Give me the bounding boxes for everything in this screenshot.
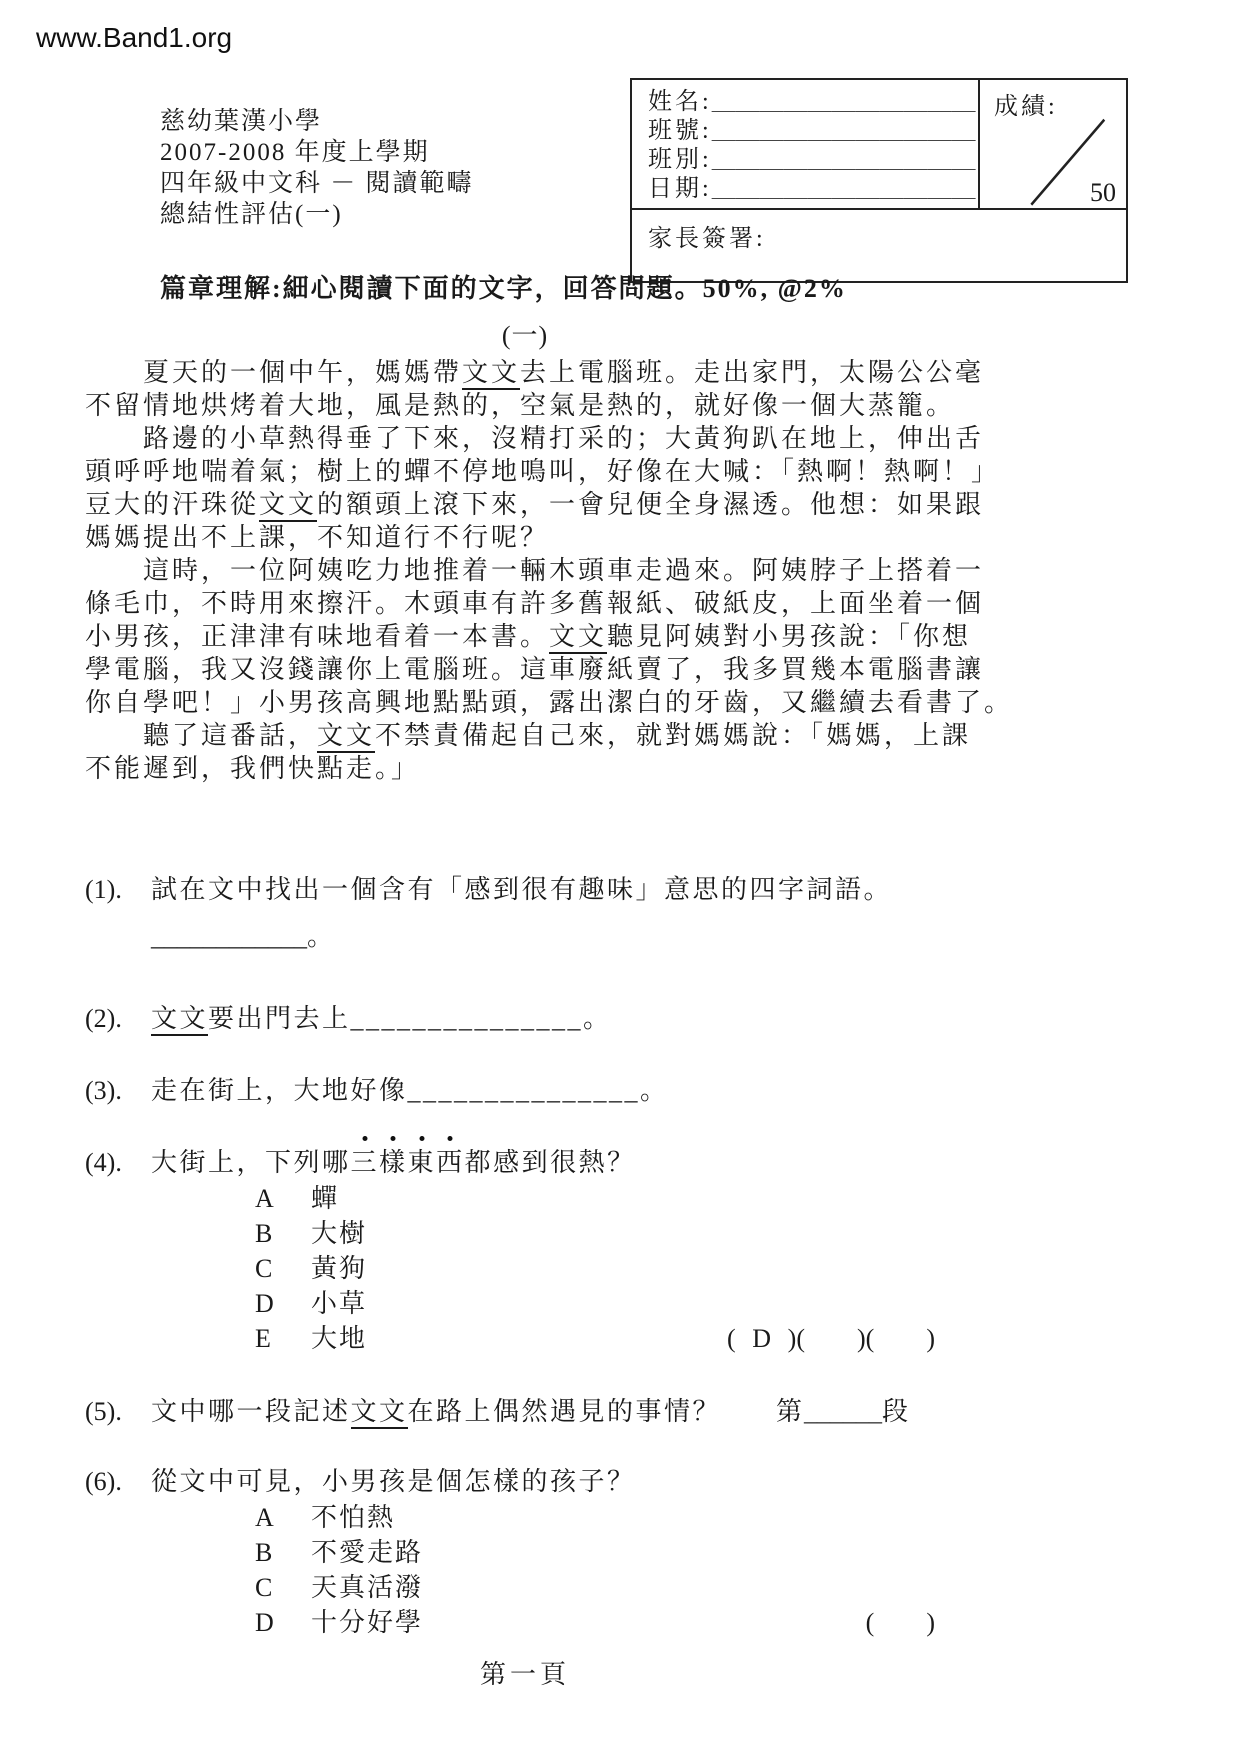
option-text: 黃狗: [311, 1251, 367, 1286]
bracket-answer: [805, 1321, 857, 1356]
passage-line: 不能遲到，我們快點走。」: [85, 752, 965, 785]
underlined-name: 文文: [462, 358, 520, 390]
question-text: 走在街上，大地好像_______________。: [151, 1070, 669, 1107]
option-text: 小草: [311, 1286, 367, 1321]
question-number: (2).: [85, 1004, 151, 1034]
emphasized-char: 三: [351, 1142, 380, 1179]
passage-line: 夏天的一個中午，媽媽帶文文去上電腦班。走出家門，太陽公公毫: [85, 356, 965, 389]
class-number-label: 班號:: [648, 118, 712, 144]
underlined-name: 文文: [259, 490, 317, 522]
exam-content: 篇章理解:細心閱讀下面的文字，回答問題。50%, @2% (一) 夏天的一個中午…: [85, 268, 965, 1691]
score-total: 50: [1090, 178, 1116, 208]
answer-brackets: (): [866, 1605, 935, 1640]
option-D: D小草: [255, 1286, 965, 1321]
emphasized-char: 西: [436, 1142, 465, 1179]
date-field: 日期:＿＿＿＿＿＿＿＿＿＿＿: [648, 175, 978, 204]
assessment-line: 總結性評估(一): [160, 199, 474, 230]
question-text: 從文中可見，小男孩是個怎樣的孩子？: [151, 1461, 636, 1498]
bracket-answer: [874, 1605, 926, 1640]
question-1-answer-line: ____________。: [151, 920, 965, 953]
option-letter: D: [255, 1286, 311, 1321]
question-4-options: A蟬B大樹C黃狗D小草E大地(D)()(): [255, 1181, 965, 1356]
passage-line: 豆大的汗珠從文文的額頭上滾下來，一會兒便全身濕透。他想：如果跟: [85, 488, 965, 521]
name-field: 姓名:＿＿＿＿＿＿＿＿＿＿＿: [648, 88, 978, 117]
question-number: (4).: [85, 1148, 151, 1178]
answer-brackets: (D)()(): [727, 1321, 935, 1356]
option-letter: B: [255, 1216, 311, 1251]
underlined-name: 文文: [317, 721, 375, 753]
passage-line: 路邊的小草熱得垂了下來，沒精打采的；大黃狗趴在地上，伸出舌: [85, 422, 965, 455]
watermark: www.Band1.org: [36, 22, 232, 54]
question-1: (1). 試在文中找出一個含有「感到很有趣味」意思的四字詞語。: [85, 869, 965, 906]
option-text: 天真活潑: [311, 1570, 423, 1605]
date-label: 日期:: [648, 176, 712, 202]
name-label: 姓名:: [648, 89, 712, 115]
info-box-top: 姓名:＿＿＿＿＿＿＿＿＿＿＿ 班號:＿＿＿＿＿＿＿＿＿＿＿ 班別:＿＿＿＿＿＿＿…: [632, 80, 1126, 210]
passage-line: 學電腦，我又沒錢讓你上電腦班。這車廢紙賣了，我多買幾本電腦書讓: [85, 653, 965, 686]
answer-bracket: (): [866, 1605, 935, 1640]
question-text: 文文要出門去上_______________。: [151, 998, 612, 1035]
underlined-name: 文文: [549, 622, 607, 654]
class-blank-line: ＿＿＿＿＿＿＿＿＿＿＿: [712, 147, 976, 173]
school-name: 慈幼葉漢小學: [160, 106, 474, 137]
question-number: (5).: [85, 1397, 151, 1427]
passage-line: 媽媽提出不上課，不知道行不行呢？: [85, 521, 965, 554]
option-text: 不怕熱: [311, 1500, 395, 1535]
question-number: (1).: [85, 875, 151, 905]
question-4: (4). 大街上，下列哪三樣東西都感到很熱？: [85, 1142, 965, 1179]
passage-line: 小男孩，正津津有味地看着一本書。文文聽見阿姨對小男孩說：「你想: [85, 620, 965, 653]
emphasized-char: 東: [408, 1142, 437, 1179]
question-number: (3).: [85, 1076, 151, 1106]
emphasized-char: 樣: [379, 1142, 408, 1179]
option-C: C天真活潑: [255, 1570, 965, 1605]
option-text: 十分好學: [311, 1605, 423, 1640]
option-letter: A: [255, 1500, 311, 1535]
option-text: 不愛走路: [311, 1535, 423, 1570]
class-field: 班別:＿＿＿＿＿＿＿＿＿＿＿: [648, 146, 978, 175]
option-C: C黃狗: [255, 1251, 965, 1286]
passage-line: 不留情地烘烤着大地，風是熱的，空氣是熱的，就好像一個大蒸籠。: [85, 389, 965, 422]
school-year: 2007-2008 年度上學期: [160, 137, 474, 168]
question-number: (6).: [85, 1467, 151, 1497]
option-letter: C: [255, 1251, 311, 1286]
option-letter: E: [255, 1321, 311, 1356]
paragraph-suffix: 段: [882, 1397, 910, 1426]
answer-bracket: (D): [727, 1321, 796, 1356]
paragraph-prefix: 第: [776, 1397, 804, 1426]
option-letter: B: [255, 1535, 311, 1570]
passage: 夏天的一個中午，媽媽帶文文去上電腦班。走出家門，太陽公公毫不留情地烘烤着大地，風…: [85, 356, 965, 785]
school-info: 慈幼葉漢小學 2007-2008 年度上學期 四年級中文科 － 閱讀範疇 總結性…: [160, 106, 474, 230]
question-5-answer: 第______段: [776, 1391, 910, 1428]
option-B: B大樹: [255, 1216, 965, 1251]
class-label: 班別:: [648, 147, 712, 173]
passage-line: 條毛巾，不時用來擦汗。木頭車有許多舊報紙、破紙皮，上面坐着一個: [85, 587, 965, 620]
question-2: (2). 文文要出門去上_______________。: [85, 998, 965, 1035]
option-text: 大樹: [311, 1216, 367, 1251]
class-number-field: 班號:＿＿＿＿＿＿＿＿＿＿＿: [648, 117, 978, 146]
bracket-answer: [874, 1321, 926, 1356]
option-letter: D: [255, 1605, 311, 1640]
question-text: 試在文中找出一個含有「感到很有趣味」意思的四字詞語。: [151, 869, 892, 906]
passage-line: 這時，一位阿姨吃力地推着一輛木頭車走過來。阿姨脖子上搭着一: [85, 554, 965, 587]
passage-line: 頭呼呼地喘着氣；樹上的蟬不停地鳴叫，好像在大喊：「熱啊！熱啊！」: [85, 455, 965, 488]
student-info-box: 姓名:＿＿＿＿＿＿＿＿＿＿＿ 班號:＿＿＿＿＿＿＿＿＿＿＿ 班別:＿＿＿＿＿＿＿…: [630, 78, 1128, 283]
section-heading: 篇章理解:細心閱讀下面的文字，回答問題。50%, @2%: [160, 268, 965, 305]
underlined-name: 文文: [351, 1397, 408, 1429]
page-footer: 第一頁: [85, 1654, 965, 1691]
option-A: A不怕熱: [255, 1500, 965, 1535]
passage-number: (一): [85, 315, 965, 352]
option-E: E大地(D)()(): [255, 1321, 965, 1356]
option-text: 大地: [311, 1321, 367, 1356]
option-text: 蟬: [311, 1181, 339, 1216]
question-text: 文中哪一段記述文文在路上偶然遇見的事情？: [151, 1391, 721, 1428]
question-6: (6). 從文中可見，小男孩是個怎樣的孩子？: [85, 1461, 965, 1498]
option-A: A蟬: [255, 1181, 965, 1216]
option-D: D十分好學(): [255, 1605, 965, 1640]
class-number-blank-line: ＿＿＿＿＿＿＿＿＿＿＿: [712, 118, 976, 144]
paragraph-blank: ______: [804, 1397, 882, 1426]
date-blank-line: ＿＿＿＿＿＿＿＿＿＿＿: [712, 176, 976, 202]
question-3: (3). 走在街上，大地好像_______________。: [85, 1070, 965, 1107]
subject-line: 四年級中文科 － 閱讀範疇: [160, 168, 474, 199]
option-B: B不愛走路: [255, 1535, 965, 1570]
question-text: 大街上，下列哪三樣東西都感到很熱？: [151, 1142, 636, 1179]
passage-line: 聽了這番話，文文不禁責備起自己來，就對媽媽說：「媽媽，上課: [85, 719, 965, 752]
exam-page: www.Band1.org 慈幼葉漢小學 2007-2008 年度上學期 四年級…: [0, 0, 1240, 1754]
bracket-answer: D: [736, 1321, 788, 1356]
question-6-options: A不怕熱B不愛走路C天真活潑D十分好學(): [255, 1500, 965, 1640]
score-cell: 成績: 50: [978, 80, 1126, 208]
option-letter: A: [255, 1181, 311, 1216]
underlined-name: 文文: [151, 1004, 208, 1036]
answer-bracket: (): [866, 1321, 935, 1356]
parent-signature-label: 家長簽署:: [648, 226, 766, 252]
name-blank-line: ＿＿＿＿＿＿＿＿＿＿＿: [712, 89, 976, 115]
option-letter: C: [255, 1570, 311, 1605]
passage-line: 你自學吧！」小男孩高興地點點頭，露出潔白的牙齒，又繼續去看書了。: [85, 686, 965, 719]
question-5: (5). 文中哪一段記述文文在路上偶然遇見的事情？ 第______段: [85, 1391, 965, 1428]
answer-bracket: (): [796, 1321, 865, 1356]
student-fields: 姓名:＿＿＿＿＿＿＿＿＿＿＿ 班號:＿＿＿＿＿＿＿＿＿＿＿ 班別:＿＿＿＿＿＿＿…: [632, 80, 978, 208]
